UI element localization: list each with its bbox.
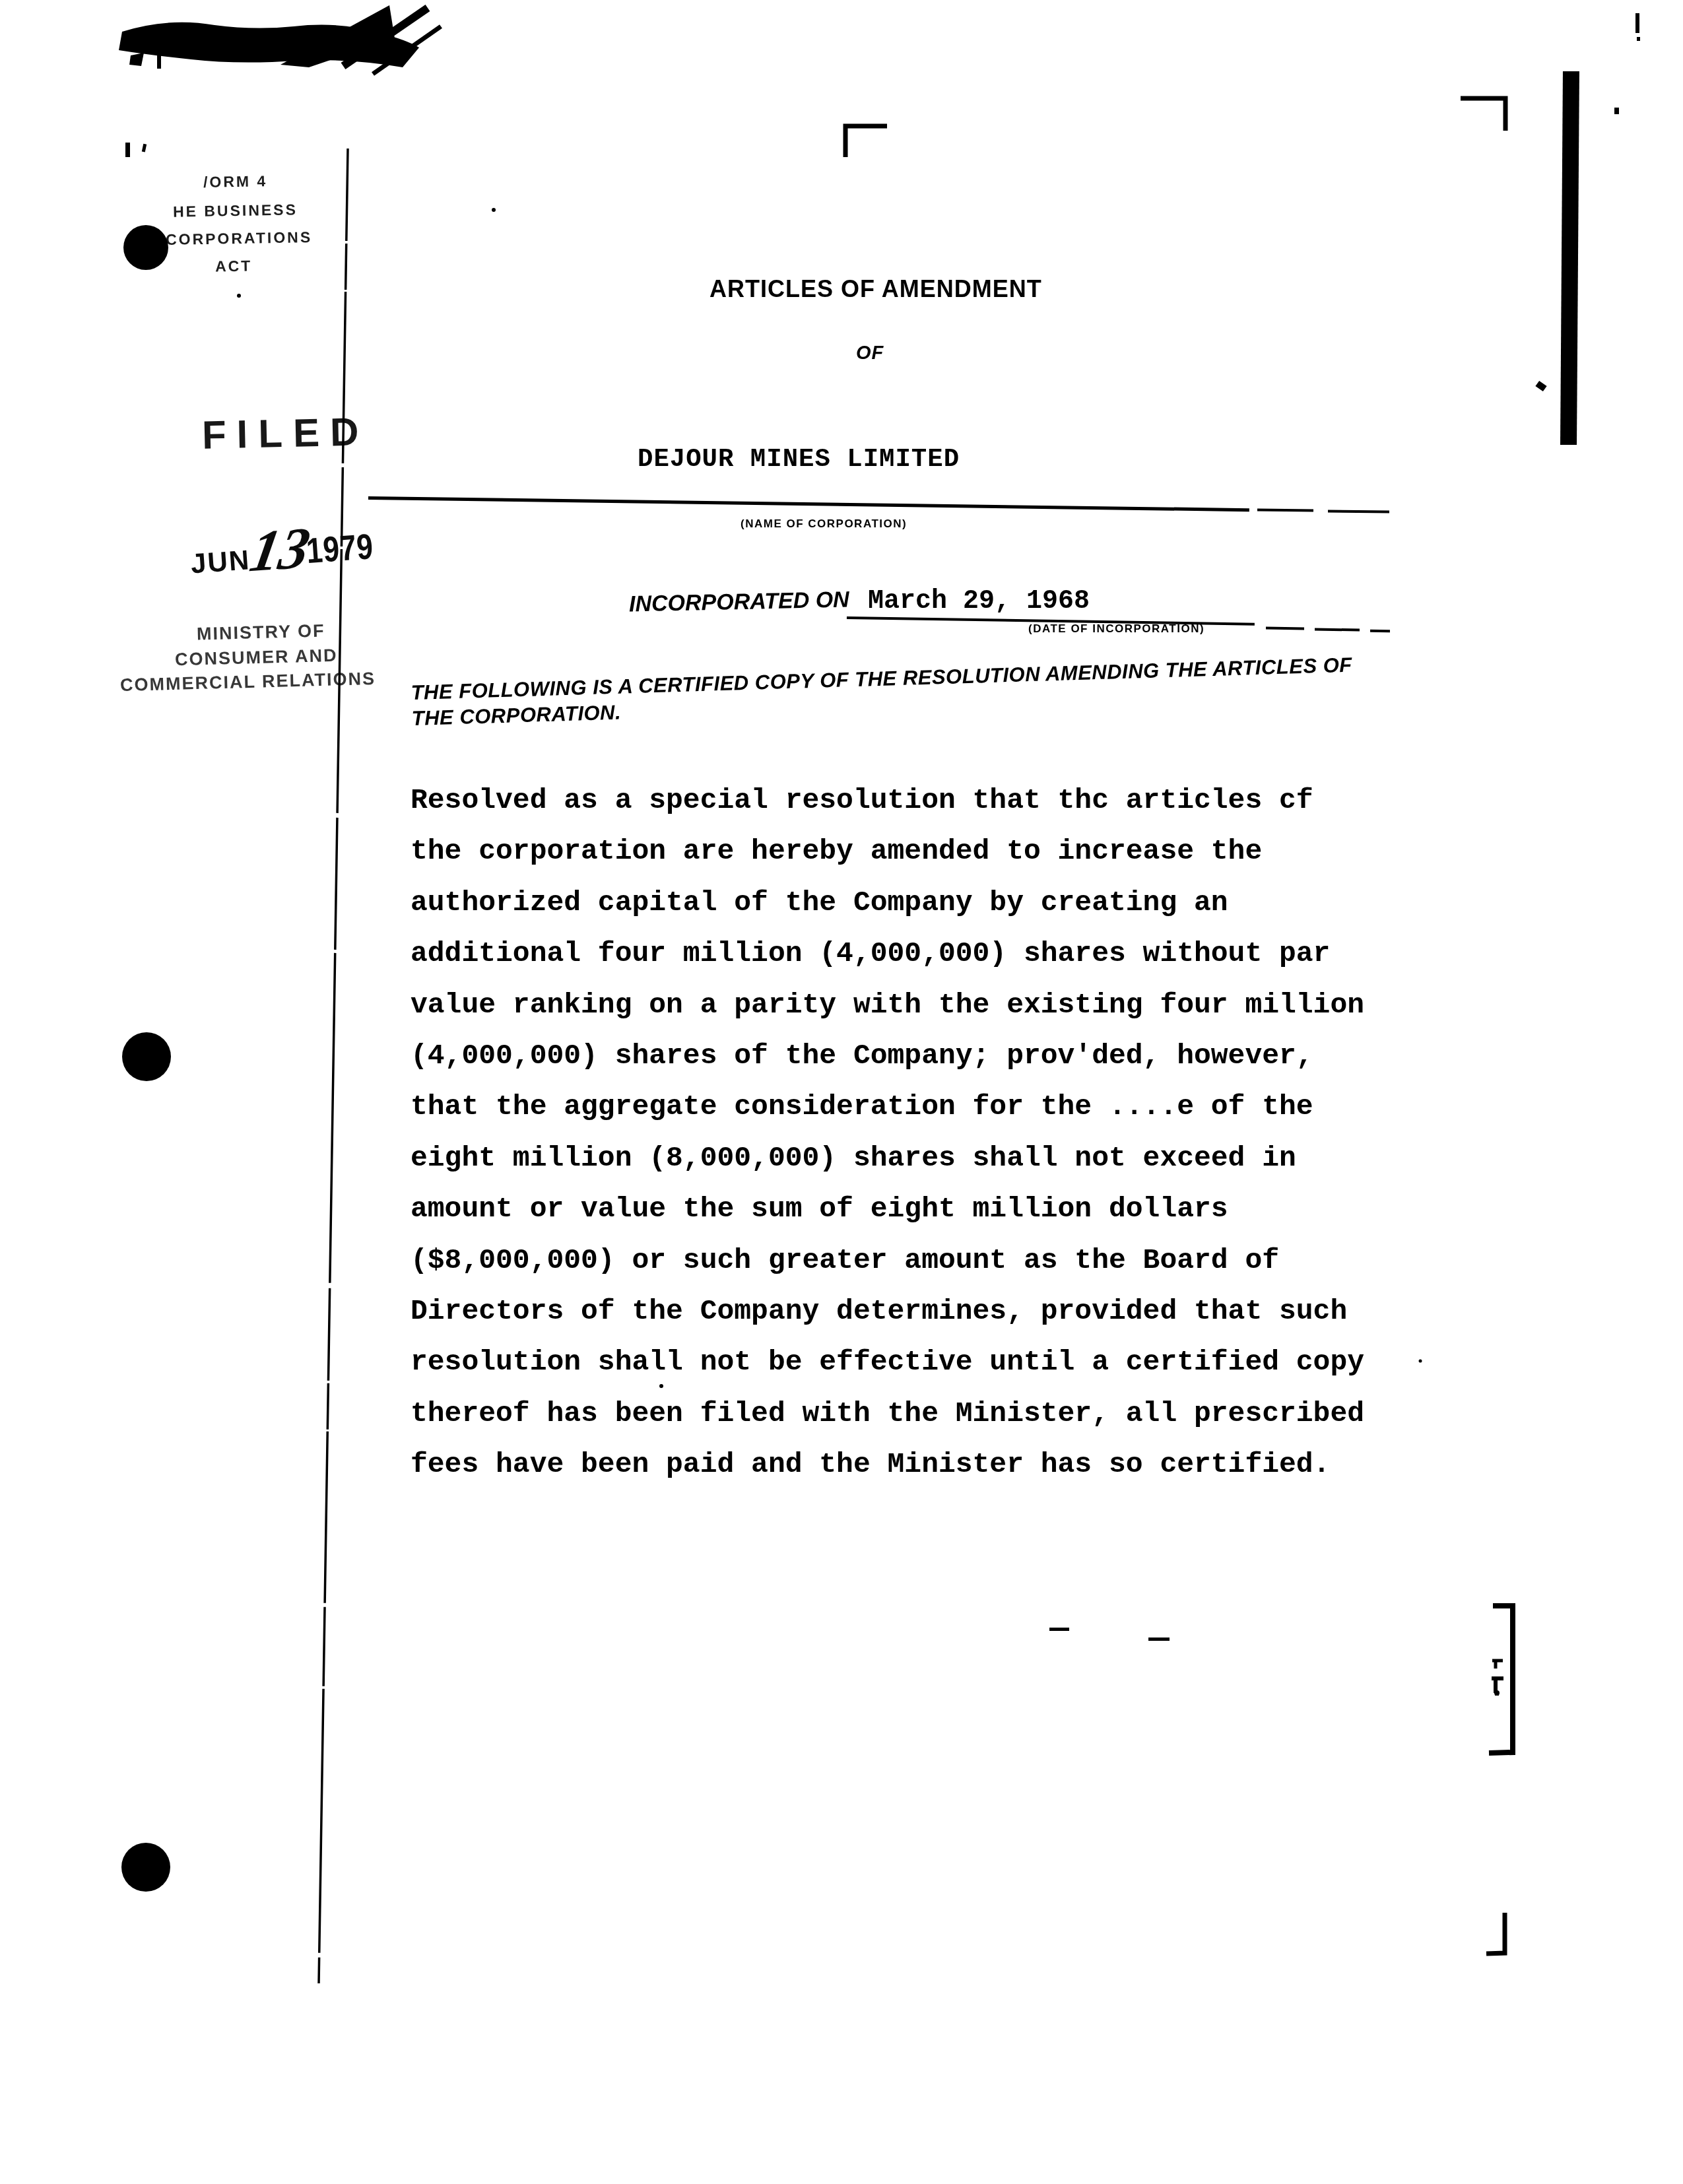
scan-speck xyxy=(129,53,144,66)
scan-speck xyxy=(1614,108,1619,114)
bracket-inner-mark xyxy=(1492,1661,1503,1669)
name-caption: (NAME OF CORPORATION) xyxy=(741,517,907,531)
date-underline-dash xyxy=(1266,627,1304,630)
name-underline-dash xyxy=(1328,510,1389,513)
scan-dark-bar xyxy=(1560,71,1579,445)
right-square-bracket xyxy=(1489,1606,1513,1753)
form-stamp-line: ACT xyxy=(215,257,253,276)
resolution-line: the corporation are hereby amended to in… xyxy=(411,838,1364,865)
title-of-word: OF xyxy=(856,343,884,364)
resolution-line: resolution shall not be effective until … xyxy=(411,1348,1364,1375)
scan-smear xyxy=(119,22,419,67)
stamp-year: 1979 xyxy=(305,526,375,572)
resolution-line: thereof has been filed with the Minister… xyxy=(411,1400,1364,1427)
punch-hole-middle xyxy=(122,1032,171,1081)
certified-copy-preamble: THE FOLLOWING IS A CERTIFIED COPY OF THE… xyxy=(411,652,1353,731)
resolution-line: that the aggregate consideration for the… xyxy=(411,1093,1364,1120)
resolution-line: value ranking on a parity with the exist… xyxy=(411,991,1364,1018)
stamp-month: JUN xyxy=(189,544,251,579)
filed-stamp: FILED xyxy=(201,409,370,457)
form-stamp-line: /ORM 4 xyxy=(203,172,268,191)
scan-speck xyxy=(1637,37,1640,41)
resolution-line: authorized capital of the Company by cre… xyxy=(411,889,1364,916)
bracket-inner-mark xyxy=(1492,1678,1503,1694)
bracket-inner-mark xyxy=(1494,1690,1500,1696)
scan-streak xyxy=(343,8,428,66)
scan-smear-triangle xyxy=(280,5,395,67)
date-received-stamp: JUN 13 1979 xyxy=(189,520,389,580)
resolution-line: eight million (8,000,000) shares shall n… xyxy=(411,1144,1364,1172)
resolution-line: Directors of the Company determines, pro… xyxy=(411,1298,1364,1325)
date-underline-dash xyxy=(1370,630,1390,632)
resolution-line: (4,000,000) shares of the Company; prov'… xyxy=(411,1042,1364,1069)
date-caption: (DATE OF INCORPORATION) xyxy=(1028,622,1204,636)
scan-speck xyxy=(1419,1360,1422,1363)
scan-speck xyxy=(1535,381,1546,391)
form-stamp-line: HE BUSINESS xyxy=(173,201,298,220)
scan-speck xyxy=(492,208,496,212)
name-underline xyxy=(368,496,1249,512)
punch-hole-bottom xyxy=(121,1843,170,1892)
resolution-line: amount or value the sum of eight million… xyxy=(411,1195,1364,1222)
scan-streak xyxy=(373,26,441,74)
scan-speck xyxy=(1635,13,1639,33)
resolution-line: Resolved as a special resolution that th… xyxy=(411,787,1364,814)
resolution-line: ($8,000,000) or such greater amount as t… xyxy=(411,1247,1364,1274)
scan-speck xyxy=(125,143,130,157)
form-stamp-line: CORPORATIONS xyxy=(166,228,313,249)
corner-bracket-top-left xyxy=(845,126,887,157)
ministry-stamp-line: MINISTRY OF xyxy=(197,620,325,644)
incorporation-date-value: March 29, 1968 xyxy=(868,587,1090,616)
ministry-stamp-line: CONSUMER AND xyxy=(175,645,338,670)
document-title: ARTICLES OF AMENDMENT xyxy=(709,275,1042,303)
resolution-line: additional four million (4,000,000) shar… xyxy=(411,940,1364,967)
corporation-name: DEJOUR MINES LIMITED xyxy=(638,445,960,474)
corner-bracket-bottom-right xyxy=(1486,1913,1505,1954)
scanned-document-page: /ORM 4 HE BUSINESS CORPORATIONS ACT FILE… xyxy=(0,0,1683,2184)
scan-dash xyxy=(1049,1628,1069,1631)
incorporated-on-label: INCORPORATED ON xyxy=(629,587,849,618)
ministry-stamp-line: COMMERCIAL RELATIONS xyxy=(120,669,376,696)
resolution-line: fees have been paid and the Minister has… xyxy=(411,1451,1364,1478)
stamp-day: 13 xyxy=(247,525,313,576)
scan-speck xyxy=(142,144,147,152)
punch-hole-top xyxy=(123,225,168,270)
scan-speck xyxy=(237,294,241,298)
name-underline-dash xyxy=(1257,508,1313,512)
corner-bracket-top-right xyxy=(1461,98,1505,131)
scan-dash xyxy=(1148,1638,1170,1641)
date-underline-dash xyxy=(1315,628,1360,631)
scan-speck xyxy=(157,50,161,69)
resolution-text: Resolved as a special resolution that th… xyxy=(411,763,1364,1502)
